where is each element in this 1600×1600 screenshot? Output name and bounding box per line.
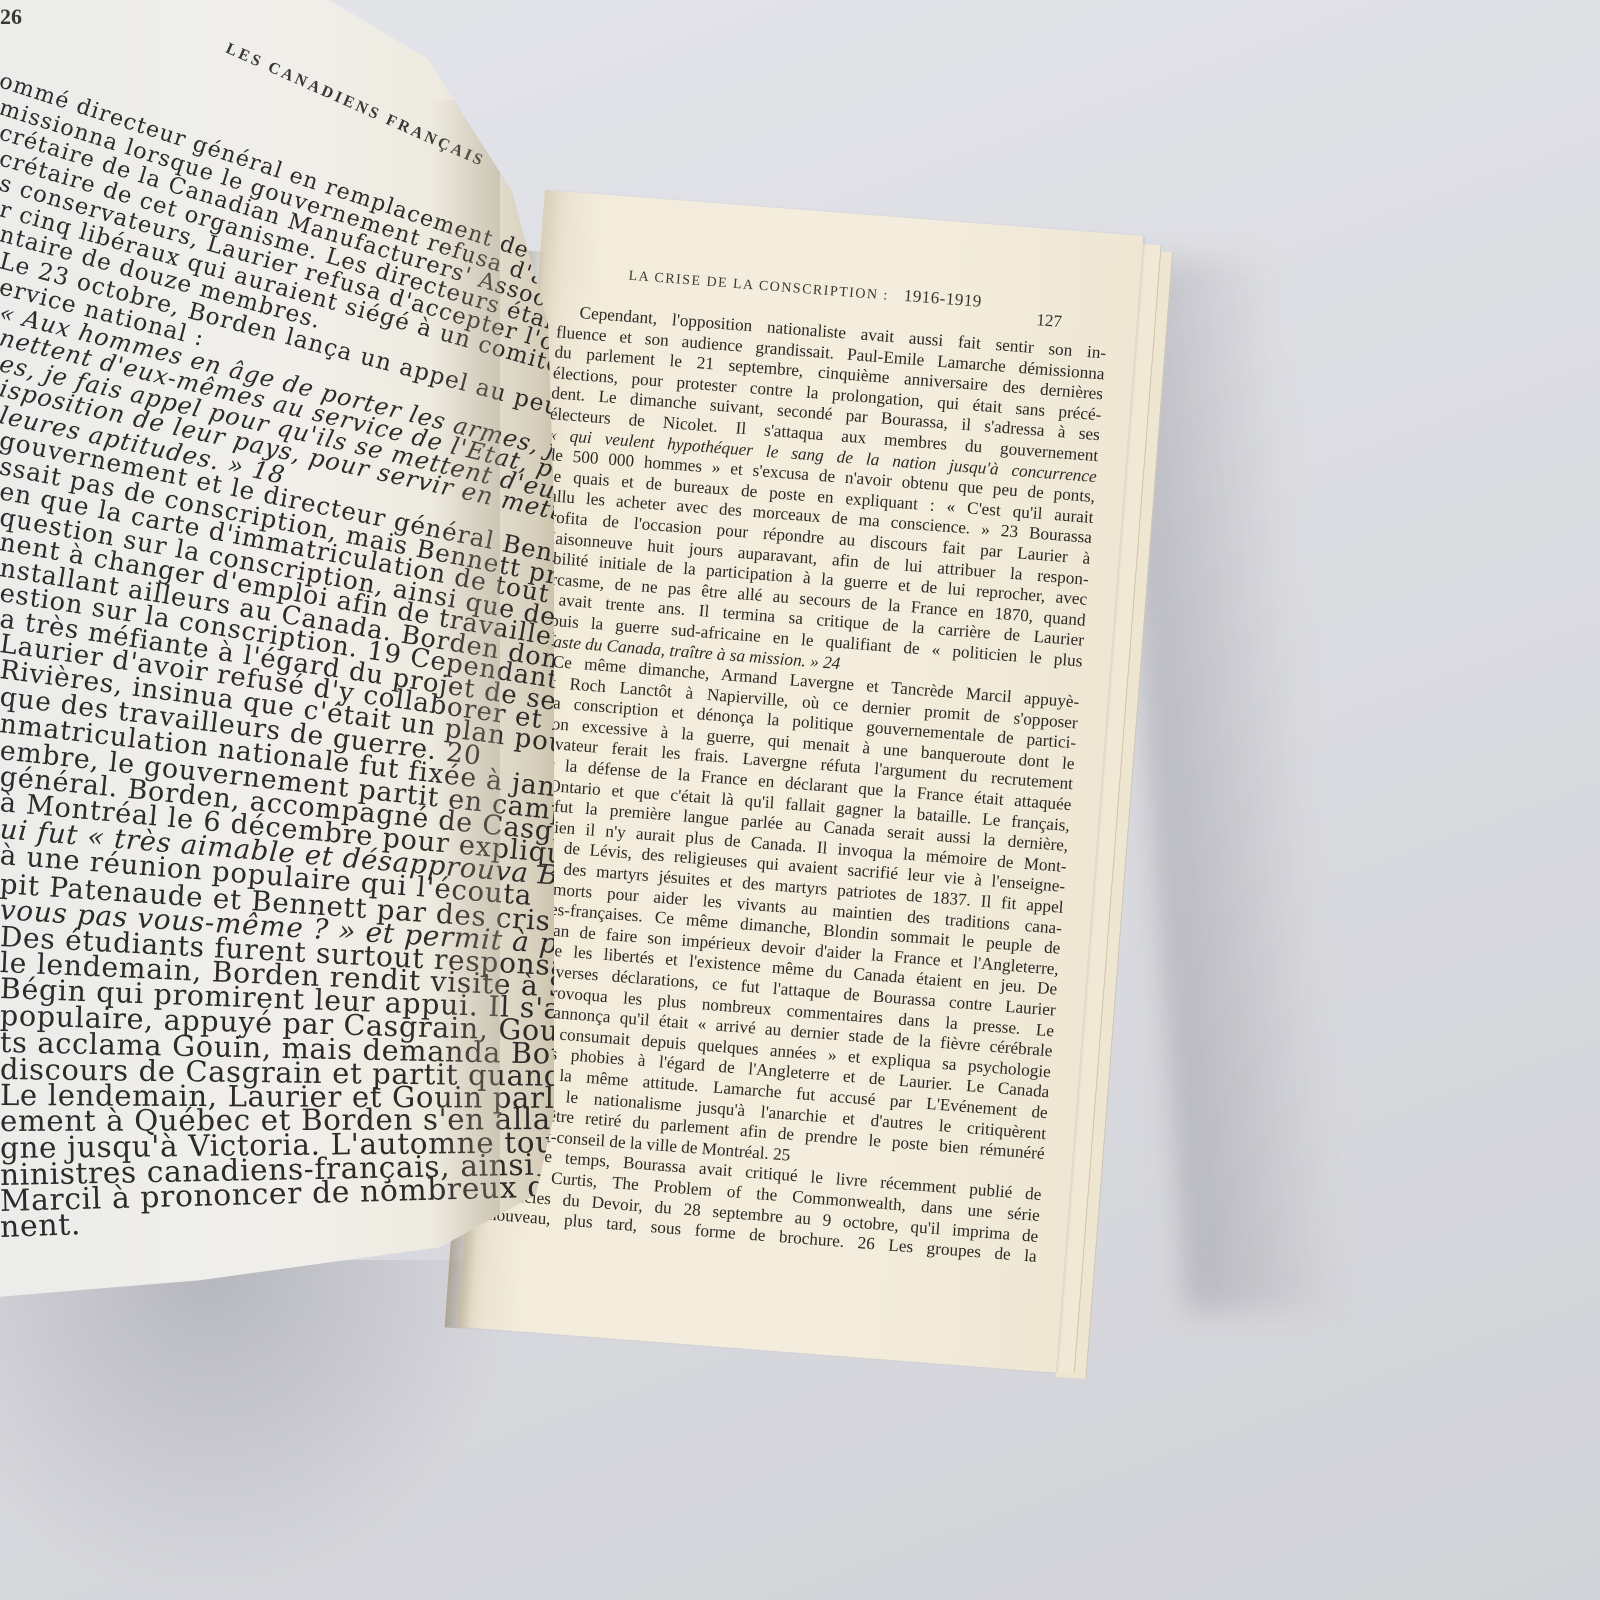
text-line: nent. [0, 1207, 82, 1245]
left-page-shadow [0, 1260, 520, 1600]
page-number: 26 [0, 4, 22, 30]
right-page-stack: LA CRISE DE LA CONSCRIPTION : 1916-1919 … [457, 190, 1303, 1390]
page-number: 127 [1036, 310, 1063, 332]
running-head-title: LA CRISE DE LA CONSCRIPTION : [628, 269, 889, 304]
left-page: 26 LES CANADIENS FRANÇAIS ommé directeur… [0, 0, 560, 1300]
running-head-right: LA CRISE DE LA CONSCRIPTION : 1916-1919 [628, 265, 983, 312]
paragraph: Cependant, l'opposition nationaliste ava… [532, 301, 1107, 692]
running-head-left: LES CANADIENS FRANÇAIS [223, 40, 488, 171]
right-page: LA CRISE DE LA CONSCRIPTION : 1916-1919 … [458, 190, 1144, 1373]
book-photo: LA CRISE DE LA CONSCRIPTION : 1916-1919 … [0, 0, 1600, 1600]
running-head-years: 1916-1919 [903, 286, 982, 311]
paragraph: Ce même dimanche, Armand Lavergne et Tan… [494, 650, 1080, 1185]
right-page-body: Cependant, l'opposition nationaliste ava… [487, 301, 1106, 1267]
